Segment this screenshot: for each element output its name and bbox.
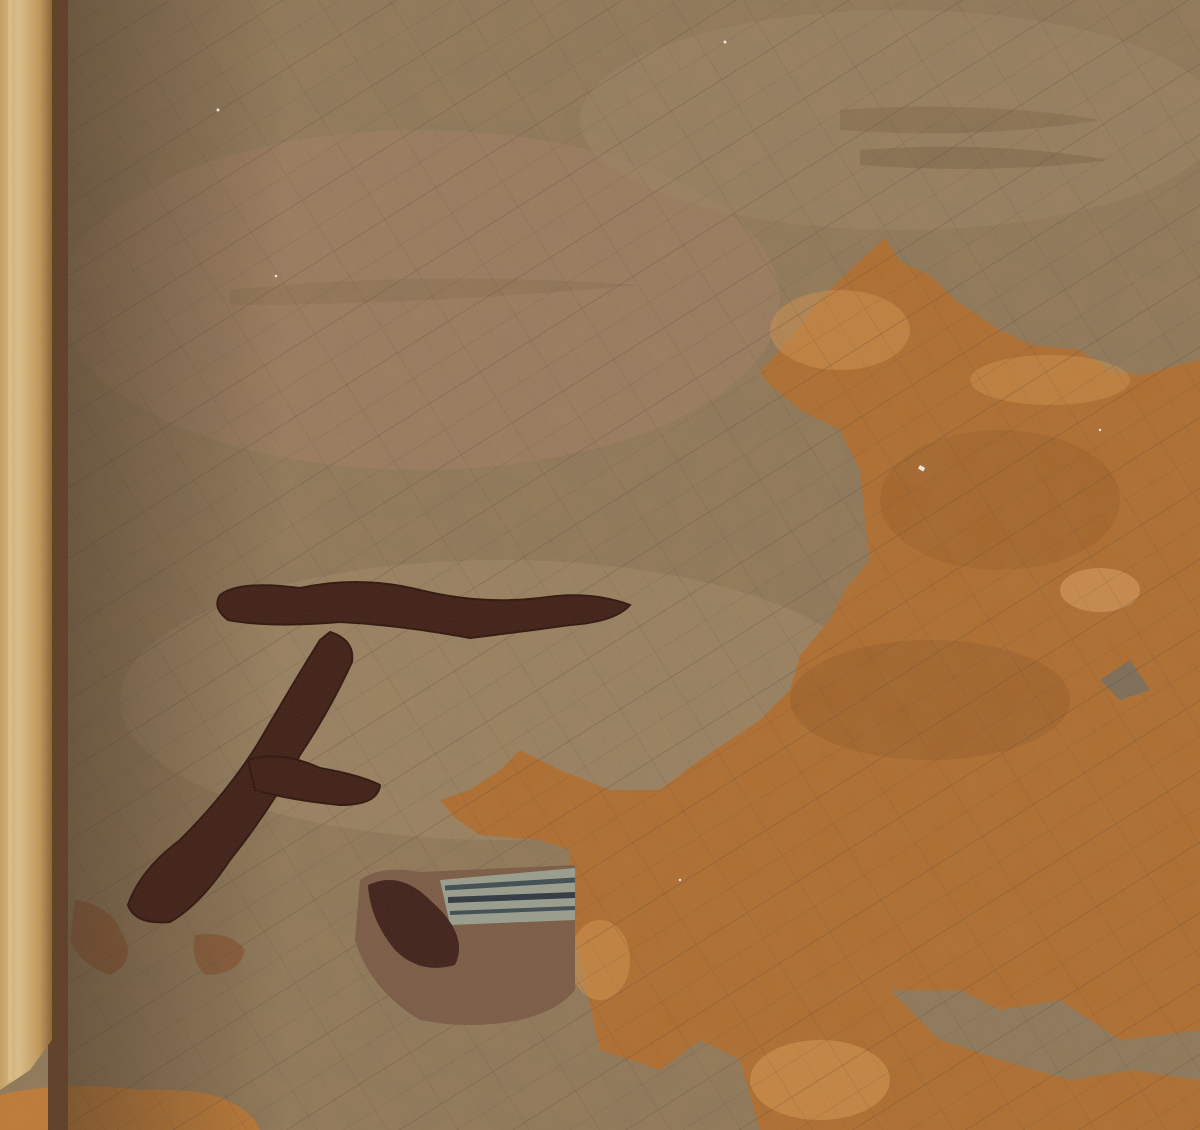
painting-closeup: Painter's monogram signature 'F' on a pa… xyxy=(0,0,1200,1130)
painting-surface xyxy=(0,0,1200,1130)
